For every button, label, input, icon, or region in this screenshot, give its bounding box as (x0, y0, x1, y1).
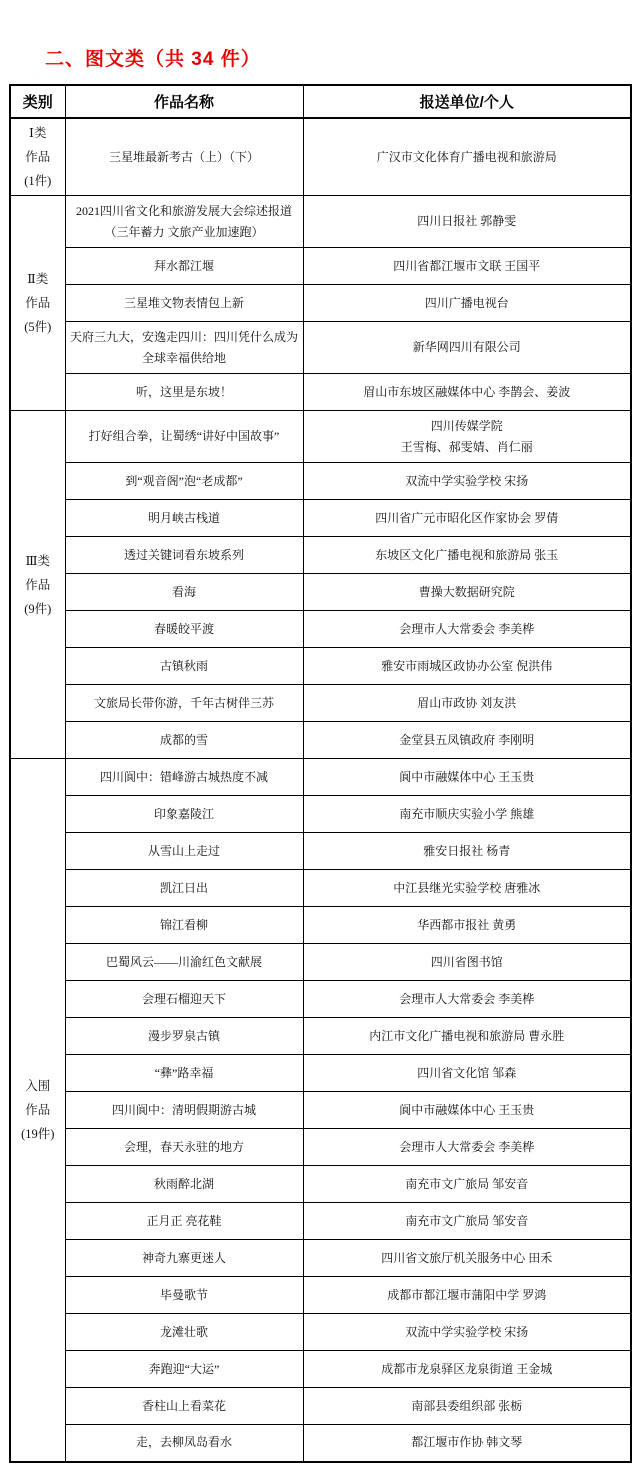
unit-cell: 双流中学实验学校 宋扬 (303, 1314, 631, 1351)
unit-cell: 东坡区文化广播电视和旅游局 张玉 (303, 537, 631, 574)
work-title-cell: 奔跑迎“大运” (65, 1351, 303, 1388)
unit-cell: 成都市都江堰市蒲阳中学 罗鸿 (303, 1277, 631, 1314)
work-title-cell: 看海 (65, 574, 303, 611)
work-title-cell: 文旅局长带你游，千年古树伴三苏 (65, 685, 303, 722)
table-row: “彝”路幸福四川省文化馆 邹森 (10, 1055, 631, 1092)
unit-cell: 中江县继光实验学校 唐雅冰 (303, 870, 631, 907)
table-row: 凯江日出中江县继光实验学校 唐雅冰 (10, 870, 631, 907)
table-row: 文旅局长带你游，千年古树伴三苏眉山市政协 刘友洪 (10, 685, 631, 722)
work-title-cell: 拜水都江堰 (65, 248, 303, 285)
table-row: 走，去柳凤岛看水都江堰市作协 韩文琴 (10, 1425, 631, 1462)
table-row: 成都的雪金堂县五凤镇政府 李刚明 (10, 722, 631, 759)
unit-cell: 眉山市政协 刘友洪 (303, 685, 631, 722)
work-title-cell: 三星堆最新考古（上）（下） (65, 118, 303, 196)
unit-cell: 四川传媒学院 王雪梅、郝雯婧、肖仁丽 (303, 411, 631, 463)
work-title-cell: 从雪山上走过 (65, 833, 303, 870)
unit-cell: 双流中学实验学校 宋扬 (303, 463, 631, 500)
category-cell: Ⅱ类 作品 (5件) (10, 196, 65, 411)
work-title-cell: 秋雨醉北湖 (65, 1166, 303, 1203)
table-row: 毕曼歌节成都市都江堰市蒲阳中学 罗鸿 (10, 1277, 631, 1314)
table-row: 奔跑迎“大运”成都市龙泉驿区龙泉街道 王金城 (10, 1351, 631, 1388)
unit-cell: 四川省都江堰市文联 王国平 (303, 248, 631, 285)
table-row: 到“观音阁”泡“老成都”双流中学实验学校 宋扬 (10, 463, 631, 500)
category-cell: 入围 作品 (19件) (10, 759, 65, 1462)
work-title-cell: “彝”路幸福 (65, 1055, 303, 1092)
work-title-cell: 到“观音阁”泡“老成都” (65, 463, 303, 500)
table-row: 入围 作品 (19件)四川阆中：错峰游古城热度不减阆中市融媒体中心 王玉贵 (10, 759, 631, 796)
unit-cell: 眉山市东坡区融媒体中心 李鹊会、姜波 (303, 374, 631, 411)
work-title-cell: 印象嘉陵江 (65, 796, 303, 833)
unit-cell: 四川省文化馆 邹森 (303, 1055, 631, 1092)
work-title-cell: 春暖皎平渡 (65, 611, 303, 648)
table-header-row: 类别 作品名称 报送单位/个人 (10, 85, 631, 118)
unit-cell: 南部县委组织部 张栃 (303, 1388, 631, 1425)
unit-cell: 曹操大数据研究院 (303, 574, 631, 611)
unit-cell: 阆中市融媒体中心 王玉贵 (303, 1092, 631, 1129)
work-title-cell: 打好组合拳，让蜀绣“讲好中国故事” (65, 411, 303, 463)
unit-cell: 广汉市文化体育广播电视和旅游局 (303, 118, 631, 196)
document-page: 二、图文类（共 34 件） 类别 作品名称 报送单位/个人 Ⅰ类 作品 (1件)… (0, 0, 640, 1483)
work-title-cell: 2021四川省文化和旅游发展大会综述报道 （三年蓄力 文旅产业加速跑） (65, 196, 303, 248)
unit-cell: 会理市人大常委会 李美桦 (303, 611, 631, 648)
table-row: 巴蜀风云——川渝红色文献展四川省图书馆 (10, 944, 631, 981)
table-row: 明月峡古栈道四川省广元市昭化区作家协会 罗倩 (10, 500, 631, 537)
unit-cell: 四川省文旅厅机关服务中心 田禾 (303, 1240, 631, 1277)
table-row: 龙滩壮歌双流中学实验学校 宋扬 (10, 1314, 631, 1351)
work-title-cell: 锦江看柳 (65, 907, 303, 944)
work-title-cell: 毕曼歌节 (65, 1277, 303, 1314)
work-title-cell: 四川阆中：错峰游古城热度不减 (65, 759, 303, 796)
work-title-cell: 听，这里是东坡！ (65, 374, 303, 411)
unit-cell: 四川省图书馆 (303, 944, 631, 981)
table-row: 神奇九寨更迷人四川省文旅厅机关服务中心 田禾 (10, 1240, 631, 1277)
unit-cell: 会理市人大常委会 李美桦 (303, 1129, 631, 1166)
unit-cell: 内江市文化广播电视和旅游局 曹永胜 (303, 1018, 631, 1055)
category-cell: Ⅰ类 作品 (1件) (10, 118, 65, 196)
category-cell: Ⅲ类 作品 (9件) (10, 411, 65, 759)
work-title-cell: 明月峡古栈道 (65, 500, 303, 537)
table-row: 透过关键词看东坡系列东坡区文化广播电视和旅游局 张玉 (10, 537, 631, 574)
unit-cell: 金堂县五凤镇政府 李刚明 (303, 722, 631, 759)
table-row: 印象嘉陵江南充市顺庆实验小学 熊雄 (10, 796, 631, 833)
table-row: 古镇秋雨雅安市雨城区政协办公室 倪洪伟 (10, 648, 631, 685)
work-title-cell: 走，去柳凤岛看水 (65, 1425, 303, 1462)
table-row: 三星堆文物表情包上新四川广播电视台 (10, 285, 631, 322)
work-title-cell: 香柱山上看菜花 (65, 1388, 303, 1425)
table-row: 会理石榴迎天下会理市人大常委会 李美桦 (10, 981, 631, 1018)
works-table: 类别 作品名称 报送单位/个人 Ⅰ类 作品 (1件)三星堆最新考古（上）（下）广… (9, 84, 632, 1463)
unit-cell: 雅安市雨城区政协办公室 倪洪伟 (303, 648, 631, 685)
unit-cell: 阆中市融媒体中心 王玉贵 (303, 759, 631, 796)
work-title-cell: 天府三九大，安逸走四川：四川凭什么成为 全球幸福供给地 (65, 322, 303, 374)
unit-cell: 四川日报社 郭静雯 (303, 196, 631, 248)
unit-cell: 成都市龙泉驿区龙泉街道 王金城 (303, 1351, 631, 1388)
table-row: 四川阆中：清明假期游古城阆中市融媒体中心 王玉贵 (10, 1092, 631, 1129)
work-title-cell: 漫步罗泉古镇 (65, 1018, 303, 1055)
table-row: Ⅱ类 作品 (5件)2021四川省文化和旅游发展大会综述报道 （三年蓄力 文旅产… (10, 196, 631, 248)
unit-cell: 雅安日报社 杨青 (303, 833, 631, 870)
table-row: 会理，春天永驻的地方会理市人大常委会 李美桦 (10, 1129, 631, 1166)
unit-cell: 新华网四川有限公司 (303, 322, 631, 374)
work-title-cell: 古镇秋雨 (65, 648, 303, 685)
work-title-cell: 正月正 亮花鞋 (65, 1203, 303, 1240)
unit-cell: 南充市文广旅局 邹安音 (303, 1166, 631, 1203)
table-row: 锦江看柳华西都市报社 黄勇 (10, 907, 631, 944)
unit-cell: 四川广播电视台 (303, 285, 631, 322)
table-row: Ⅰ类 作品 (1件)三星堆最新考古（上）（下）广汉市文化体育广播电视和旅游局 (10, 118, 631, 196)
work-title-cell: 四川阆中：清明假期游古城 (65, 1092, 303, 1129)
table-row: 拜水都江堰四川省都江堰市文联 王国平 (10, 248, 631, 285)
work-title-cell: 凯江日出 (65, 870, 303, 907)
table-row: 看海曹操大数据研究院 (10, 574, 631, 611)
unit-cell: 华西都市报社 黄勇 (303, 907, 631, 944)
col-header-work-title: 作品名称 (65, 85, 303, 118)
unit-cell: 会理市人大常委会 李美桦 (303, 981, 631, 1018)
unit-cell: 四川省广元市昭化区作家协会 罗倩 (303, 500, 631, 537)
table-row: 漫步罗泉古镇内江市文化广播电视和旅游局 曹永胜 (10, 1018, 631, 1055)
table-row: 春暖皎平渡会理市人大常委会 李美桦 (10, 611, 631, 648)
col-header-unit: 报送单位/个人 (303, 85, 631, 118)
section-title: 二、图文类（共 34 件） (45, 44, 630, 71)
table-row: 天府三九大，安逸走四川：四川凭什么成为 全球幸福供给地新华网四川有限公司 (10, 322, 631, 374)
work-title-cell: 龙滩壮歌 (65, 1314, 303, 1351)
table-row: 香柱山上看菜花南部县委组织部 张栃 (10, 1388, 631, 1425)
table-row: 秋雨醉北湖南充市文广旅局 邹安音 (10, 1166, 631, 1203)
col-header-category: 类别 (10, 85, 65, 118)
work-title-cell: 会理，春天永驻的地方 (65, 1129, 303, 1166)
table-row: 从雪山上走过雅安日报社 杨青 (10, 833, 631, 870)
unit-cell: 南充市顺庆实验小学 熊雄 (303, 796, 631, 833)
work-title-cell: 神奇九寨更迷人 (65, 1240, 303, 1277)
work-title-cell: 透过关键词看东坡系列 (65, 537, 303, 574)
table-row: 正月正 亮花鞋南充市文广旅局 邹安音 (10, 1203, 631, 1240)
table-row: 听，这里是东坡！眉山市东坡区融媒体中心 李鹊会、姜波 (10, 374, 631, 411)
table-row: Ⅲ类 作品 (9件)打好组合拳，让蜀绣“讲好中国故事”四川传媒学院 王雪梅、郝雯… (10, 411, 631, 463)
work-title-cell: 巴蜀风云——川渝红色文献展 (65, 944, 303, 981)
work-title-cell: 三星堆文物表情包上新 (65, 285, 303, 322)
work-title-cell: 成都的雪 (65, 722, 303, 759)
work-title-cell: 会理石榴迎天下 (65, 981, 303, 1018)
unit-cell: 南充市文广旅局 邹安音 (303, 1203, 631, 1240)
unit-cell: 都江堰市作协 韩文琴 (303, 1425, 631, 1462)
